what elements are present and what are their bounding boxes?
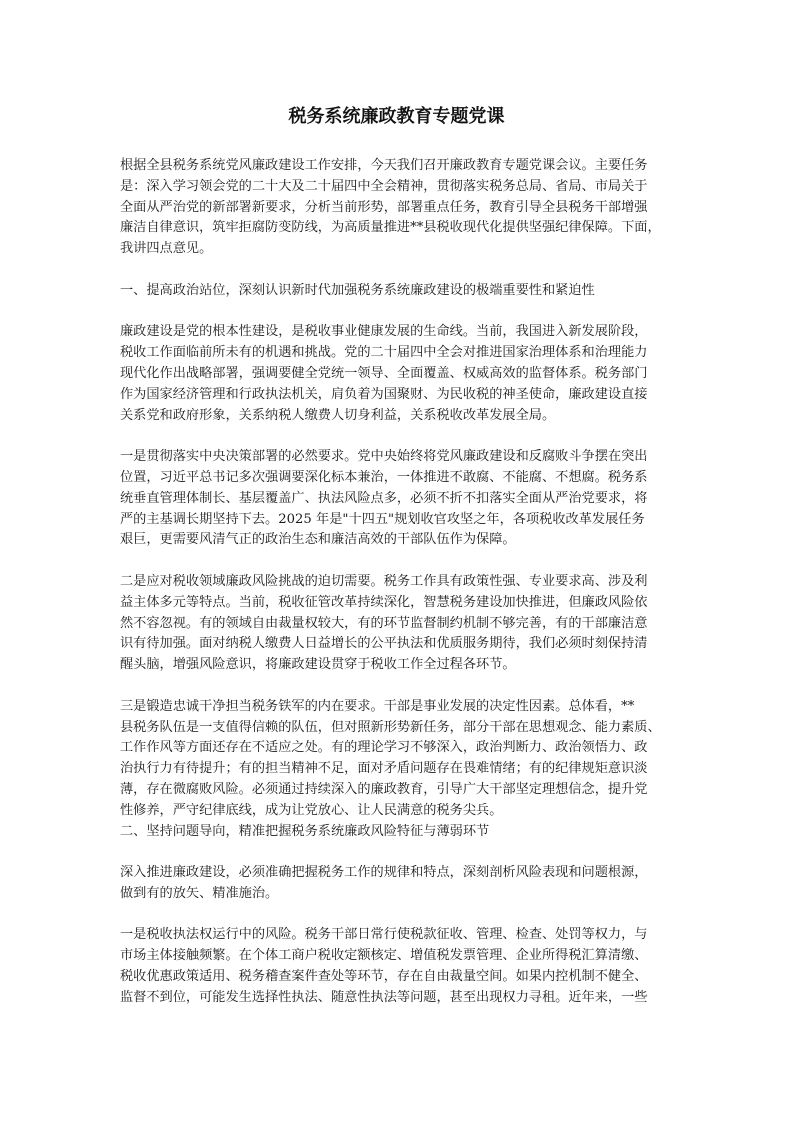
paragraph-spacer (120, 842, 676, 863)
text-line: 严的主基调长期坚持下去。2025 年是"十四五"规划收官攻坚之年，各项税收改革发… (120, 510, 676, 531)
document-title: 税务系统廉政教育专题党课 (0, 105, 793, 129)
paragraph-spacer (120, 260, 676, 281)
text-line: 作为国家经济管理和行政执法机关，肩负着为国聚财、为民收税的神圣使命，廉政建设直接 (120, 385, 676, 406)
paragraph: 廉政建设是党的根本性建设，是税收事业健康发展的生命线。当前，我国进入新发展阶段，… (120, 322, 676, 426)
text-line: 根据全县税务系统党风廉政建设工作安排，今天我们召开廉政教育专题党课会议。主要任务 (120, 156, 676, 177)
document-page: 税务系统廉政教育专题党课 根据全县税务系统党风廉政建设工作安排，今天我们召开廉政… (0, 0, 793, 1122)
text-line: 关系党和政府形象，关系纳税人缴费人切身利益，关系税收改革发展全局。 (120, 406, 676, 427)
text-line: 统垂直管理体制长、基层覆盖广、执法风险点多，必须不折不扣落实全面从严治党要求，将 (120, 489, 676, 510)
heading-text: 二、坚持问题导向，精准把握税务系统廉政风险特征与薄弱环节 (120, 822, 676, 843)
text-line: 然不容忽视。有的领域自由裁量权较大，有的环节监督制约机制不够完善，有的干部廉洁意 (120, 614, 676, 635)
text-line: 深入推进廉政建设，必须准确把握税务工作的规律和特点，深刻剖析风险表现和问题根源， (120, 863, 676, 884)
text-line: 一是税收执法权运行中的风险。税务干部日常行使税款征收、管理、检查、处罚等权力，与 (120, 925, 676, 946)
text-line: 识有待加强。面对纳税人缴费人日益增长的公平执法和优质服务期待，我们必须时刻保持清 (120, 634, 676, 655)
paragraph-spacer (120, 905, 676, 926)
text-line: 县税务队伍是一支值得信赖的队伍，但对照新形势新任务，部分干部在思想观念、能力素质… (120, 718, 676, 739)
paragraph-spacer (120, 426, 676, 447)
text-line: 现代化作出战略部署，强调要健全党统一领导、全面覆盖、权威高效的监督体系。税务部门 (120, 364, 676, 385)
section-heading-2: 二、坚持问题导向，精准把握税务系统廉政风险特征与薄弱环节 (120, 822, 676, 843)
paragraph-spacer (120, 676, 676, 697)
paragraph-spacer (120, 302, 676, 323)
paragraph-spacer (120, 551, 676, 572)
paragraph: 一是税收执法权运行中的风险。税务干部日常行使税款征收、管理、检查、处罚等权力，与… (120, 925, 676, 1008)
text-line: 市场主体接触频繁。在个体工商户税收定额核定、增值税发票管理、企业所得税汇算清缴、 (120, 946, 676, 967)
text-line: 是：深入学习领会党的二十大及二十届四中全会精神，贯彻落实税务总局、省局、市局关于 (120, 177, 676, 198)
text-line: 工作作风等方面还存在不适应之处。有的理论学习不够深入，政治判断力、政治领悟力、政 (120, 738, 676, 759)
text-line: 廉洁自律意识，筑牢拒腐防变防线，为高质量推进**县税收现代化提供坚强纪律保障。下… (120, 218, 676, 239)
paragraph: 二是应对税收领域廉政风险挑战的迫切需要。税务工作具有政策性强、专业要求高、涉及利… (120, 572, 676, 676)
text-line: 我讲四点意见。 (120, 239, 676, 260)
text-line: 二是应对税收领域廉政风险挑战的迫切需要。税务工作具有政策性强、专业要求高、涉及利 (120, 572, 676, 593)
text-line: 全面从严治党的新部署新要求，分析当前形势，部署重点任务，教育引导全县税务干部增强 (120, 198, 676, 219)
text-line: 薄，存在微腐败风险。必须通过持续深入的廉政教育，引导广大干部坚定理想信念，提升党 (120, 780, 676, 801)
text-line: 醒头脑，增强风险意识，将廉政建设贯穿于税收工作全过程各环节。 (120, 655, 676, 676)
text-line: 治执行力有待提升；有的担当精神不足，面对矛盾问题存在畏难情绪；有的纪律规矩意识淡 (120, 759, 676, 780)
paragraph: 深入推进廉政建设，必须准确把握税务工作的规律和特点，深刻剖析风险表现和问题根源，… (120, 863, 676, 905)
text-line: 税收优惠政策适用、税务稽查案件查处等环节，存在自由裁量空间。如果内控机制不健全、 (120, 967, 676, 988)
intro-paragraph: 根据全县税务系统党风廉政建设工作安排，今天我们召开廉政教育专题党课会议。主要任务… (120, 156, 676, 260)
text-line: 性修养，严守纪律底线，成为让党放心、让人民满意的税务尖兵。 (120, 801, 676, 822)
text-line: 税收工作面临前所未有的机遇和挑战。党的二十届四中全会对推进国家治理体系和治理能力 (120, 343, 676, 364)
text-line: 艰巨，更需要风清气正的政治生态和廉洁高效的干部队伍作为保障。 (120, 530, 676, 551)
text-line: 三是锻造忠诚干净担当税务铁军的内在要求。干部是事业发展的决定性因素。总体看，** (120, 697, 676, 718)
text-line: 位置，习近平总书记多次强调要深化标本兼治，一体推进不敢腐、不能腐、不想腐。税务系 (120, 468, 676, 489)
section-heading-1: 一、提高政治站位，深刻认识新时代加强税务系统廉政建设的极端重要性和紧迫性 (120, 281, 676, 302)
text-line: 廉政建设是党的根本性建设，是税收事业健康发展的生命线。当前，我国进入新发展阶段， (120, 322, 676, 343)
paragraph: 一是贯彻落实中央决策部署的必然要求。党中央始终将党风廉政建设和反腐败斗争摆在突出… (120, 447, 676, 551)
text-line: 一是贯彻落实中央决策部署的必然要求。党中央始终将党风廉政建设和反腐败斗争摆在突出 (120, 447, 676, 468)
text-line: 益主体多元等特点。当前，税收征管改革持续深化，智慧税务建设加快推进，但廉政风险依 (120, 593, 676, 614)
paragraph: 三是锻造忠诚干净担当税务铁军的内在要求。干部是事业发展的决定性因素。总体看，**… (120, 697, 676, 822)
text-line: 做到有的放矢、精准施治。 (120, 884, 676, 905)
heading-text: 一、提高政治站位，深刻认识新时代加强税务系统廉政建设的极端重要性和紧迫性 (120, 281, 676, 302)
text-line: 监督不到位，可能发生选择性执法、随意性执法等问题，甚至出现权力寻租。近年来，一些 (120, 988, 676, 1009)
document-body: 根据全县税务系统党风廉政建设工作安排，今天我们召开廉政教育专题党课会议。主要任务… (120, 156, 676, 1009)
